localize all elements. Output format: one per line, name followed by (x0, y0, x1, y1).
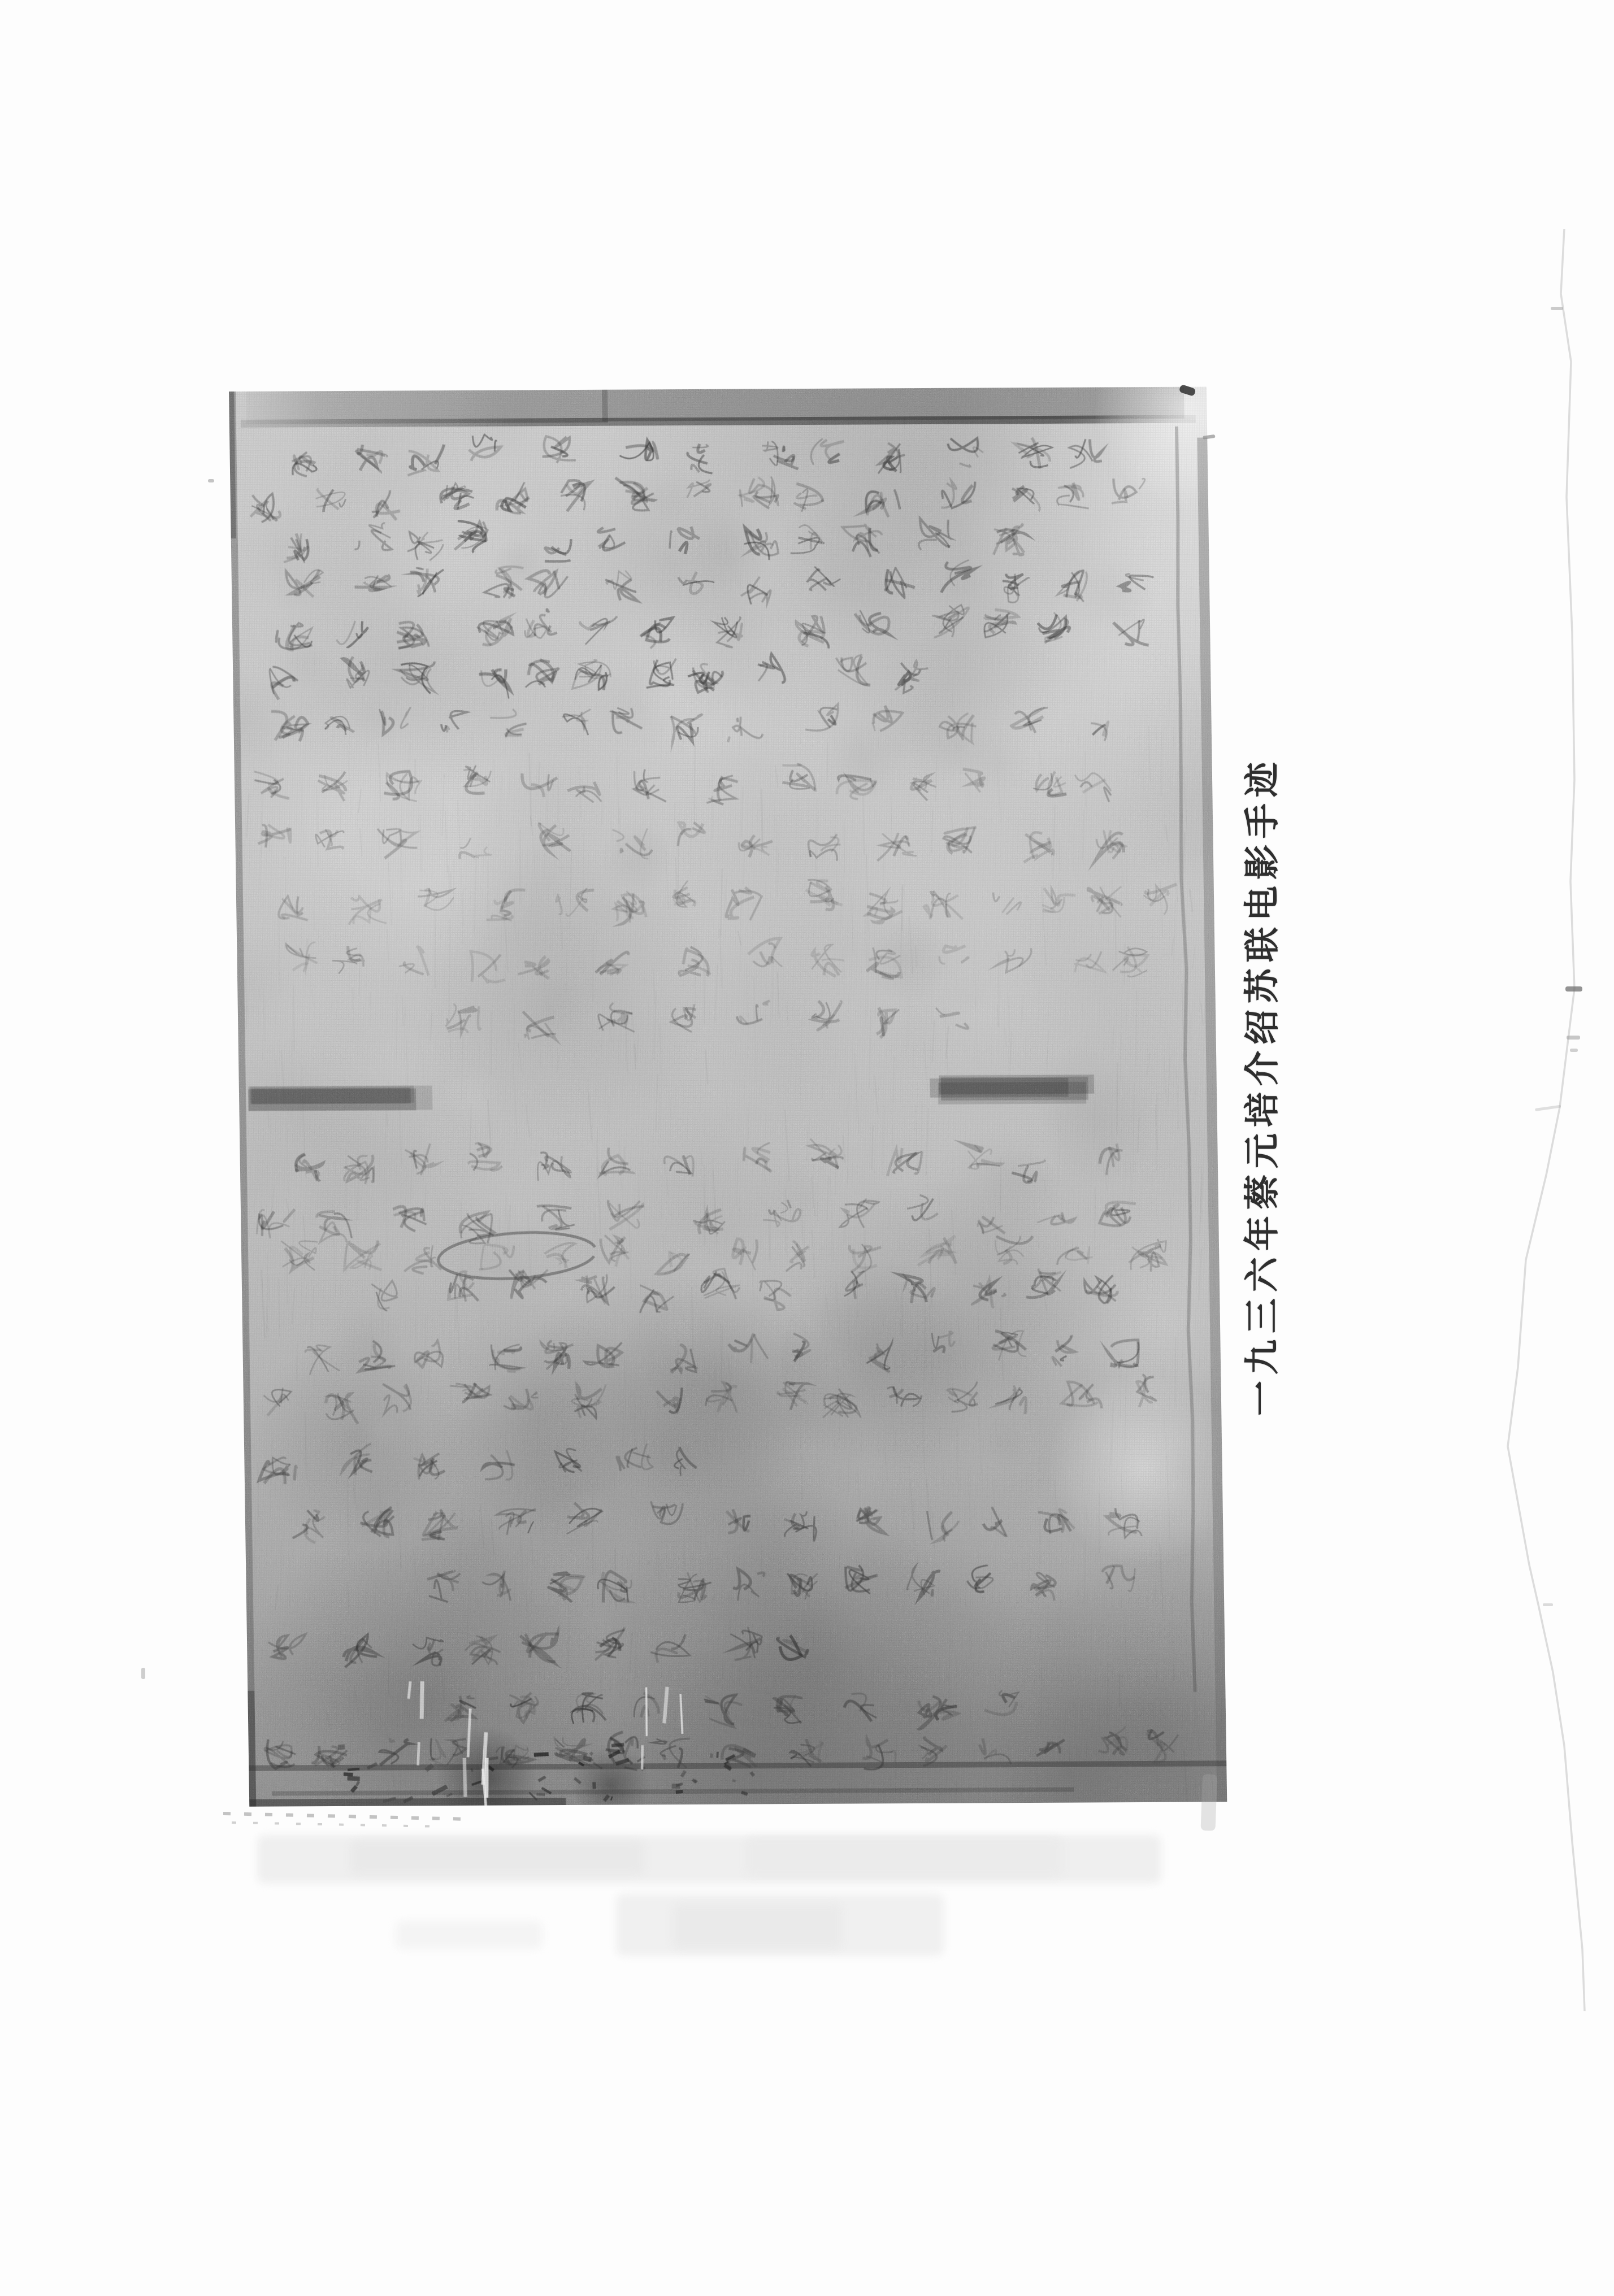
ghost-band (396, 1921, 543, 1949)
ghost-band (350, 1841, 644, 1875)
tear-ink-specks (1535, 307, 1582, 1606)
ghost-band (672, 1904, 842, 1949)
figure-caption-text: 一九三六年蔡元培介绍苏联电影手迹 (1234, 756, 1285, 1416)
scanned-book-page: 一九三六年蔡元培介绍苏联电影手迹 (0, 0, 1614, 2296)
manuscript-photo (229, 387, 1227, 1807)
torn-page-edge (1508, 229, 1585, 2011)
bottom-left-speckle-row (223, 1814, 469, 1827)
ghost-band (746, 1837, 1062, 1877)
handwriting-halftone-texture (229, 387, 1227, 1807)
figure-caption: 一九三六年蔡元培介绍苏联电影手迹 (1222, 719, 1296, 1453)
